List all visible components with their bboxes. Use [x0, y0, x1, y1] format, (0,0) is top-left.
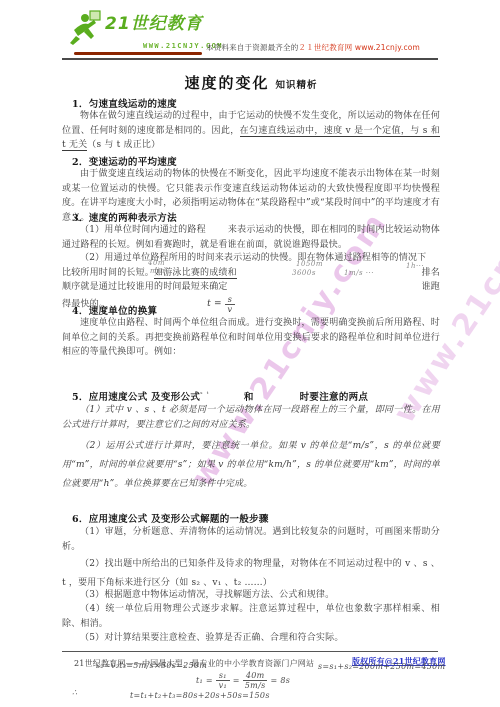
p2-l3-right-word: 谁跑 [422, 280, 440, 295]
section-3-p2-line2: 比较所用时间的长短。如游泳比赛的成绩和 排名 [62, 266, 440, 281]
fraction-s1-v1: s₁v₁ [216, 671, 230, 690]
fraction-denominator: 5m/s [245, 681, 266, 690]
brand-text: 21世纪教育 [105, 14, 203, 34]
tagline-plain: 本资料来自于资源最齐全的 [206, 43, 298, 52]
overlay-formula-2: s=s₁+s₂=200m+250m=450m [318, 662, 445, 671]
section-3-p2-line1: （2）用通过单位路程所用的时间来表示运动的快慢。即在物体通过路程相等的情况下 [62, 251, 440, 266]
degraded-formula-fragment: 1h··· [406, 262, 424, 270]
p2-l3-left: 顺序就是通过比较谁用的时间最短来确定 [62, 280, 228, 295]
runner-icon [68, 10, 102, 52]
section-1-paren-text: （s 与 t 成正比） [87, 140, 160, 150]
s5-heading-lead: 5．应用速度公式 及变形公式 [72, 392, 200, 403]
page-subtitle: 知识精析 [276, 80, 318, 91]
degraded-formula-fragment: min [150, 267, 165, 275]
therefore-mark: ∴ [72, 688, 77, 697]
equals-sign: = [233, 676, 240, 685]
section-1-heading: 1．匀速直线运动的速度 [62, 96, 440, 110]
footer-rule [62, 651, 438, 652]
section-6-step-3: （3）根据题意中物体运动情况，寻找解题方法、公式和规律。 [62, 588, 440, 603]
overlay-formula-1: s₂=v₂t₃=5m/s×50s=250m [96, 661, 207, 670]
p2-l2-right-word: 排名 [422, 266, 440, 281]
section-6-step-5: （5）对计算结果要注意检查、验算是否正确、合理和符合实际。 [62, 631, 440, 646]
overlay-f3-lhs: t₁ = [196, 676, 213, 685]
section-4-heading: 4．速度单位的换算 [62, 303, 440, 317]
brand-logo: 21世纪教育 WWW.21CNJY.COM [68, 10, 218, 58]
section-2-heading: 2．变速运动的平均速度 [62, 154, 440, 168]
section-3-p1-lead: （1）用单位时间内通过的路程 [80, 225, 206, 235]
p2-l2-plain: 比较所用时间的长短。 [62, 268, 154, 278]
section-5-heading: 5．应用速度公式 及变形公式ˢ ᵗ和时要注意的两点 [62, 389, 440, 403]
section-6-heading: 6．应用速度公式 及变形公式解题的一般步骤 [62, 511, 440, 525]
section-5-point-2: （2）运用公式进行计算时，要注意统一单位。如果 v 的单位是“m/s”，s 的单… [62, 437, 440, 494]
overlay-formula-4: t=t₁+t₂+t₃=80s+20s+50s=150s [130, 691, 270, 700]
tagline-link[interactable]: ２１世纪教育网 www.21cnjy.com [298, 43, 420, 52]
header-rule [62, 58, 438, 60]
section-3-para-1: （1）用单位时间内通过的路程来表示运动的快慢，即在相同的时间内比较运动物体通过路… [62, 223, 440, 252]
section-1-body: 物体在做匀速直线运动的过程中，由于它运动的快慢不发生变化，所以运动的物体在任何位… [62, 109, 440, 153]
section-5-point-1: （1）式中 v 、s 、t 必须是同一个运动物体在同一段路程上的三个量，即同一性… [62, 403, 440, 432]
overlay-formula-3: t₁ = s₁v₁ = 40m5m/s = 8s [196, 671, 290, 690]
section-3-p2-line3: 顺序就是通过比较谁用的时间最短来确定 谁跑 [62, 280, 440, 295]
degraded-formula-fragment: 1m/s ··· [344, 269, 374, 277]
degraded-formula-fragment: 1050m [296, 260, 323, 268]
s5-heading-mid: 和 [244, 392, 254, 403]
page-title: 速度的变化 [184, 74, 269, 92]
degraded-formula-fragment: 40m [148, 259, 165, 267]
logo-underline [74, 52, 202, 55]
section-4-body: 速度单位由路程、时间两个单位组合而成。进行变换时，需要明确变换前后所用路程、时间… [62, 316, 440, 360]
header-tagline: 本资料来自于资源最齐全的２１世纪教育网 www.21cnjy.com [206, 42, 438, 53]
degraded-formula-fragment: ˢ ᵗ [200, 391, 210, 398]
section-6-step-4: （4）统一单位后用物理公式逐步求解。注意运算过程中，单位也象数字那样相乘、相除、… [62, 602, 440, 631]
p2-l2-underlined: 如游泳比赛的成绩和 [154, 268, 237, 279]
fraction-40m-5ms: 40m5m/s [243, 671, 268, 690]
s5-heading-tail: 时要注意的两点 [300, 392, 369, 403]
section-6-step-1: （1）审题，分析题意、弄清物体的运动情况。遇到比较复杂的问题时，可画图来帮助分析… [62, 525, 440, 554]
section-3-heading: 3．速度的两种表示方法 [62, 210, 440, 224]
fraction-denominator: v₁ [219, 681, 227, 690]
overlay-f3-result: = 8s [270, 676, 290, 685]
fraction-numerator: s₁ [216, 671, 230, 681]
degraded-formula-fragment: 3600s [292, 269, 316, 277]
document-page: 21世纪教育 WWW.21CNJY.COM 本资料来自于资源最齐全的２１世纪教育… [0, 0, 500, 707]
fraction-numerator: 40m [243, 671, 268, 681]
